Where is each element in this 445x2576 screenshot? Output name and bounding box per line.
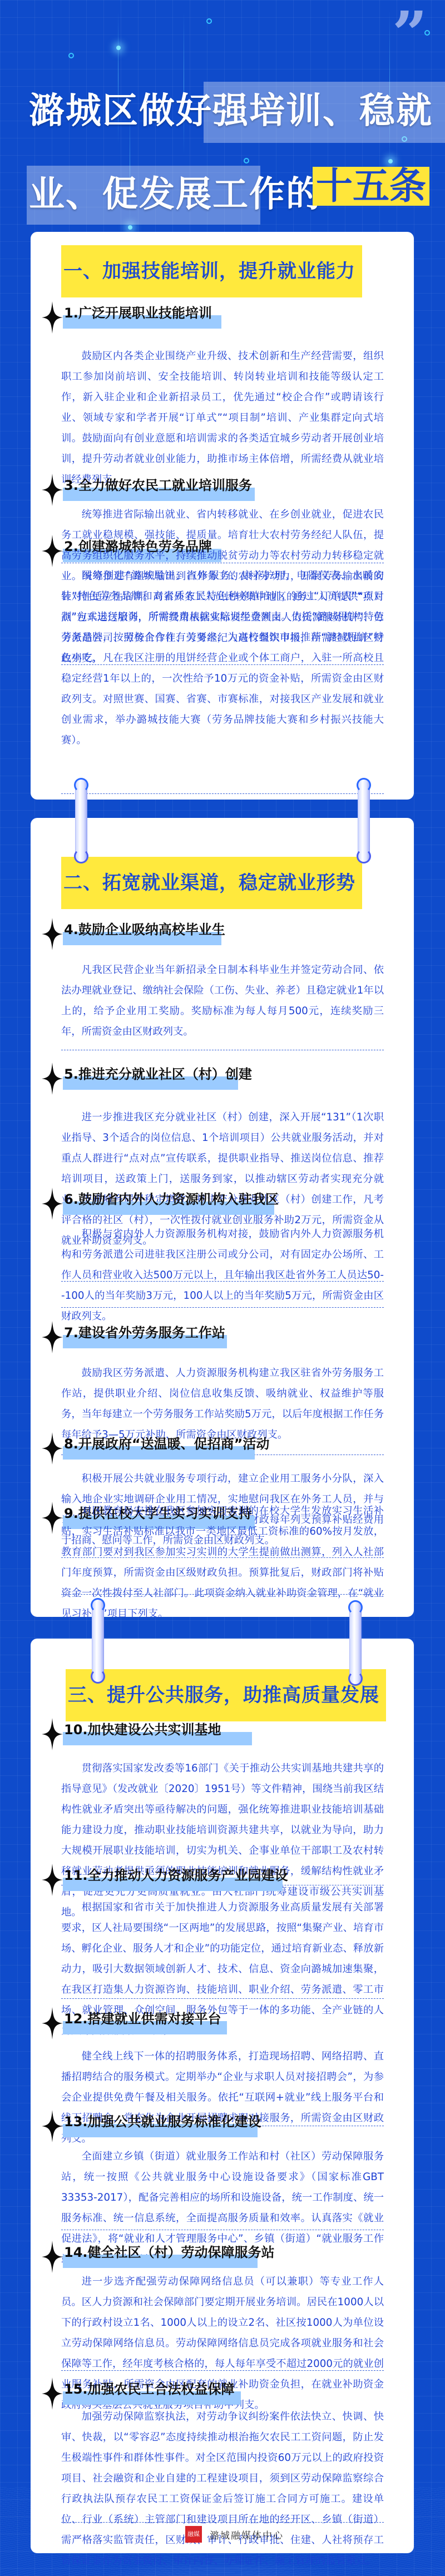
item-body: 对区教育局安排在我区参加实习实训的在校大学生发放实习生活补贴，实习生活补贴标准以… [61,1501,384,1624]
sparkle-star-icon [42,474,63,506]
dashed-divider [61,2370,384,2371]
item-body: 统筹推进省际输出就业、省内转移就业、在乡创业就业，促进农民务工就业稳规模、强技能… [61,504,384,669]
sparkle-star-icon [42,1188,63,1220]
item-title: 3.全力做好农民工就业培训服务 [64,476,252,495]
item-body: 凡我区民营企业当年新招录全日制本科毕业生并签定劳动合同、依法办理就业登记、缴纳社… [61,960,384,1042]
item-title: 4.鼓励企业吸纳高校毕业生 [64,920,225,939]
sparkle-star-icon [42,2241,63,2273]
dashed-divider [61,793,384,794]
item-title: 12.搭建就业供需对接平台 [64,2009,221,2028]
policy-item-7: 7.建设省外劳务服务工作站 鼓励我区劳务派遣、人力资源服务机构建立我区驻省外劳务… [31,1321,414,1354]
decor-glow [388,159,393,163]
item-title: 1.广泛开展职业技能培训 [64,304,212,322]
policy-item-15: 15.加强农民工合法权益保障 加强劳动保障监察执法，对劳动争议纠纷案件依法快立、… [31,2378,414,2411]
title-text: 业、促发展工作的 [29,174,323,215]
dashed-divider [61,1998,384,1999]
red-seal-icon: 融媒 [185,2526,202,2543]
item-title: 6.鼓励省内外人力资源机构入驻我区 [64,1190,279,1209]
section-card-1: 一、加强技能培训，提升就业能力 1.广泛开展职业技能培训 鼓励区内各类企业围绕产… [31,232,414,800]
dashed-divider [61,2522,384,2523]
policy-item-10: 10.加快建设公共实训基地 贯彻落实国家发改委等16部门《关于推动公共实训基地共… [31,1718,414,1751]
binder-ring-left [75,779,87,862]
item-heading: 10.加快建设公共实训基地 [31,1718,414,1751]
sparkle-star-icon [42,1502,63,1534]
policy-item-11: 11.全力推动人力资源服务产业园建设 根据国家和省市关于加快推进人力资源服务业高… [31,1864,414,1897]
item-heading: 5.推进充分就业社区（村）创建 [31,1063,414,1096]
quote-icon: ” [392,3,427,64]
decor-circle [244,158,249,163]
decor-circle [68,53,74,58]
section-title: 一、加强技能培训，提升就业能力 [61,245,362,297]
item-heading: 4.鼓励企业吸纳高校毕业生 [31,918,414,951]
policy-item-4: 4.鼓励企业吸纳高校毕业生 凡我区民营企业当年新招录全日制本科毕业生并签定劳动合… [31,918,414,951]
binder-ring-right [358,779,370,862]
item-title: 10.加快建设公共实训基地 [64,1720,221,1739]
poster-header: ” 潞城区做好强培训、稳就 业、促发展工作的 十五条 政策措施（试行） [0,0,445,222]
section-title: 二、拓宽就业渠道，稳定就业形势 [61,857,362,909]
dashed-divider [61,1594,384,1595]
item-heading: 6.鼓励省内外人力资源机构入驻我区 [31,1188,414,1221]
sparkle-star-icon [42,1432,63,1465]
item-body: 鼓励区内各类企业围绕产业升级、技术创新和生产经营需要，组织职工参加岗前培训、安全… [61,346,384,490]
sparkle-star-icon [42,1321,63,1353]
item-title: 14.健全社区（村）劳动保障服务站 [64,2243,275,2262]
item-heading: 11.全力推动人力资源服务产业园建设 [31,1864,414,1897]
binder-ring-left [92,1599,104,1682]
item-title: 13.加强公共就业服务标准化建设 [64,2112,261,2131]
footer-logo: 融媒 潞城融媒体中心 [185,2526,284,2543]
item-title: 5.推进充分就业社区（村）创建 [64,1065,252,1084]
item-title: 7.建设省外劳务服务工作站 [64,1323,225,1342]
sparkle-star-icon [42,2007,63,2039]
item-title: 11.全力推动人力资源服务产业园建设 [64,1866,288,1885]
policy-item-13: 13.加强公共就业服务标准化建设 全面建立乡镇（街道）就业服务工作站和村（社区）… [31,2110,414,2143]
dashed-divider [61,1050,384,1050]
section-card-2: 二、拓宽就业渠道，稳定就业形势 4.鼓励企业吸纳高校毕业生 凡我区民营企业当年新… [31,818,414,1617]
sparkle-star-icon [42,535,63,567]
policy-item-1: 1.广泛开展职业技能培训 鼓励区内各类企业围绕产业升级、技术创新和生产经营需要，… [31,301,414,335]
policy-item-12: 12.搭建就业供需对接平台 健全线上线下一体的招聘服务体系，打造现场招聘、网络招… [31,2007,414,2041]
item-body: 加强劳动保障监察执法，对劳动争议纠纷案件依法快立、快调、快审、快裁，以“零容忍”… [61,2406,384,2571]
section-title: 三、提升公共服务，助推高质量发展 [66,1669,386,1721]
title-text-highlight: 强培训、稳就 [212,91,433,132]
page-title-line-2: 业、促发展工作的 [29,177,323,212]
policy-item-5: 5.推进充分就业社区（村）创建 进一步推进我区充分就业社区（村）创建，深入开展“… [31,1063,414,1096]
policy-item-6-content: 6.鼓励省内外人力资源机构入驻我区 积极与省内外人力资源服务机构对接，鼓励省内外… [31,1188,414,1221]
dashed-divider [61,1307,384,1308]
dashed-divider [61,2230,384,2230]
decor-glow [128,225,132,230]
dashed-divider [61,664,384,665]
item-heading: 14.健全社区（村）劳动保障服务站 [31,2241,414,2274]
decor-circle [206,18,212,24]
sparkle-star-icon [42,301,63,334]
item-title: 8.开展政府“送温暖、促招商”活动 [64,1435,269,1453]
decor-glow [116,46,121,50]
policy-item-8: 8.开展政府“送温暖、促招商”活动 积极开展公共就业服务专项行动，建立企业用工服… [31,1432,414,1466]
sparkle-star-icon [42,918,63,950]
policy-item-3: 3.全力做好农民工就业培训服务 统筹推进省际输出就业、省内转移就业、在乡创业就业… [31,474,414,507]
title-text: 潞城区做好 [29,91,212,132]
binder-ring-right [349,1601,362,1685]
item-title: 15.加强农民工合法权益保障 [64,2380,235,2399]
sparkle-star-icon [42,1063,63,1095]
item-heading: 3.全力做好农民工就业培训服务 [31,474,414,507]
item-heading: 8.开展政府“送温暖、促招商”活动 [31,1432,414,1466]
item-heading: 12.搭建就业供需对接平台 [31,2007,414,2041]
item-heading: 15.加强农民工合法权益保障 [31,2378,414,2411]
sparkle-star-icon [42,1864,63,1896]
sparkle-star-icon [42,1718,63,1750]
sparkle-star-icon [42,2378,63,2410]
item-body: 积极与省内外人力资源服务机构对接，鼓励省内外人力资源服务机构和劳务派遣公司进驻我… [61,1224,384,1327]
item-heading: 1.广泛开展职业技能培训 [31,301,414,335]
org-name: 潞城融媒体中心 [210,2528,284,2542]
item-heading: 13.加强公共就业服务标准化建设 [31,2110,414,2143]
item-heading: 7.建设省外劳务服务工作站 [31,1321,414,1354]
decor-line [184,11,184,156]
page-title-line-1: 潞城区做好强培训、稳就 [29,93,433,129]
sparkle-star-icon [42,2110,63,2142]
policy-item-14: 14.健全社区（村）劳动保障服务站 进一步选齐配强劳动保障网络信息员（可以兼职）… [31,2241,414,2274]
fifteen-items-badge: 十五条 [313,167,429,206]
